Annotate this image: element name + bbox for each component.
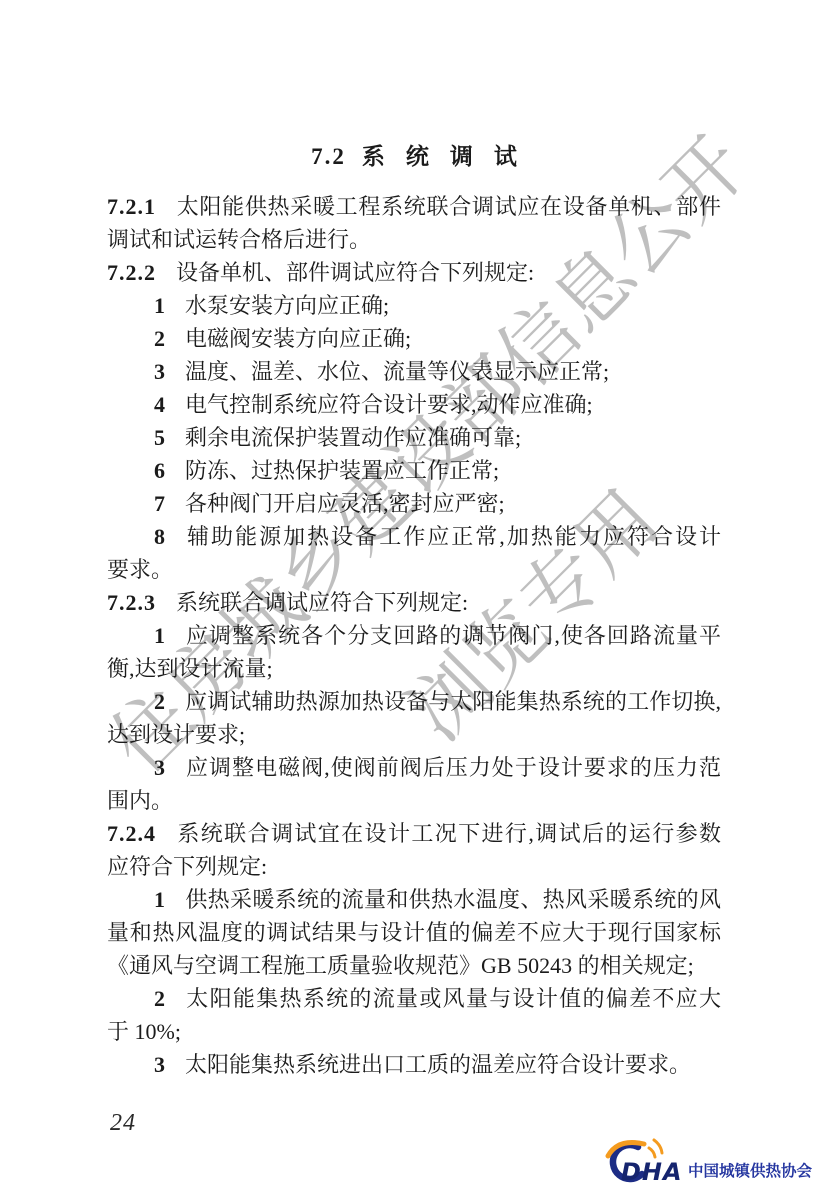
item-number: 1 [154, 623, 165, 648]
doc-line: 3太阳能集热系统进出口工质的温差应符合设计要求。 [107, 1048, 721, 1081]
doc-line: 《通风与空调工程施工质量验收规范》GB 50243 的相关规定; [107, 949, 721, 982]
text-column: 7.2系统调试 7.2.1太阳能供热采暖工程系统联合调试应在设备单机、部件 调试… [107, 142, 721, 1081]
line-text: 防冻、过热保护装置应工作正常; [185, 458, 499, 483]
doc-line: 3应调整电磁阀,使阀前阀后压力处于设计要求的压力范 [107, 751, 721, 784]
doc-line: 7.2.3系统联合调试应符合下列规定: [107, 586, 721, 619]
line-text: 各种阀门开启应灵活,密封应严密; [185, 491, 505, 516]
doc-line: 6防冻、过热保护装置应工作正常; [107, 454, 721, 487]
logo-abbr: DHA [621, 1158, 683, 1186]
item-number: 4 [154, 392, 165, 417]
item-number: 2 [154, 986, 165, 1011]
line-text: 应调整系统各个分支回路的调节阀门,使各回路流量平 [185, 623, 721, 648]
doc-line: 应符合下列规定: [107, 850, 721, 883]
item-number: 3 [154, 1052, 165, 1077]
line-text: 剩余电流保护装置动作应准确可靠; [185, 425, 521, 450]
item-number: 8 [154, 524, 165, 549]
logo-wave-icon [649, 1148, 655, 1157]
item-number: 7 [154, 491, 165, 516]
item-number: 2 [154, 326, 165, 351]
section-title: 7.2系统调试 [107, 142, 721, 172]
doc-line: 于 10%; [107, 1015, 721, 1048]
doc-line: 4电气控制系统应符合设计要求,动作应准确; [107, 388, 721, 421]
doc-line: 5剩余电流保护装置动作应准确可靠; [107, 421, 721, 454]
line-text: 水泵安装方向应正确; [185, 293, 389, 318]
section-number: 7.2 [311, 144, 346, 169]
item-number: 1 [154, 293, 165, 318]
doc-line: 量和热风温度的调试结果与设计值的偏差不应大于现行国家标准 [107, 916, 721, 949]
clause-number: 7.2.1 [107, 194, 156, 219]
doc-line: 要求。 [107, 553, 721, 586]
line-text: 太阳能集热系统的流量或风量与设计值的偏差不应大 [185, 986, 721, 1011]
line-text: 应调试辅助热源加热设备与太阳能集热系统的工作切换, [185, 689, 721, 714]
doc-line: 2应调试辅助热源加热设备与太阳能集热系统的工作切换, [107, 685, 721, 718]
clause-number: 7.2.4 [107, 821, 156, 846]
line-text: 供热采暖系统的流量和供热水温度、热风采暖系统的风 [185, 887, 721, 912]
doc-line: 围内。 [107, 784, 721, 817]
item-number: 3 [154, 359, 165, 384]
dha-logo: DHA 中国城镇供热协会 [598, 1134, 813, 1191]
doc-line: 8辅助能源加热设备工作应正常,加热能力应符合设计 [107, 520, 721, 553]
doc-line: 达到设计要求; [107, 718, 721, 751]
doc-line: 7各种阀门开启应灵活,密封应严密; [107, 487, 721, 520]
line-text: 系统联合调试应符合下列规定: [176, 590, 468, 615]
line-text: 电磁阀安装方向应正确; [185, 326, 411, 351]
line-text: 应调整电磁阀,使阀前阀后压力处于设计要求的压力范 [185, 755, 721, 780]
doc-line: 7.2.2设备单机、部件调试应符合下列规定: [107, 256, 721, 289]
doc-line: 7.2.1太阳能供热采暖工程系统联合调试应在设备单机、部件 [107, 190, 721, 223]
doc-line: 7.2.4系统联合调试宜在设计工况下进行,调试后的运行参数 [107, 817, 721, 850]
doc-line: 1应调整系统各个分支回路的调节阀门,使各回路流量平 [107, 619, 721, 652]
section-title-text: 系统调试 [362, 144, 538, 169]
logo-wave-icon [654, 1140, 662, 1153]
clause-number: 7.2.2 [107, 260, 156, 285]
page-number: 24 [110, 1110, 136, 1137]
line-text: 系统联合调试宜在设计工况下进行,调试后的运行参数 [176, 821, 721, 846]
line-text: 电气控制系统应符合设计要求,动作应准确; [185, 392, 593, 417]
doc-line: 1水泵安装方向应正确; [107, 289, 721, 322]
doc-line: 1供热采暖系统的流量和供热水温度、热风采暖系统的风 [107, 883, 721, 916]
doc-line: 衡,达到设计流量; [107, 652, 721, 685]
item-number: 6 [154, 458, 165, 483]
item-number: 5 [154, 425, 165, 450]
item-number: 3 [154, 755, 165, 780]
clause-number: 7.2.3 [107, 590, 156, 615]
item-number: 1 [154, 887, 165, 912]
doc-line: 3温度、温差、水位、流量等仪表显示应正常; [107, 355, 721, 388]
document-page: 住房城乡建设部信息公开 浏览专用 7.2系统调试 7.2.1太阳能供热采暖工程系… [0, 0, 827, 1198]
doc-line: 2太阳能集热系统的流量或风量与设计值的偏差不应大 [107, 982, 721, 1015]
line-text: 设备单机、部件调试应符合下列规定: [176, 260, 534, 285]
line-text: 温度、温差、水位、流量等仪表显示应正常; [185, 359, 609, 384]
doc-line: 2电磁阀安装方向应正确; [107, 322, 721, 355]
line-text: 辅助能源加热设备工作应正常,加热能力应符合设计 [185, 524, 721, 549]
item-number: 2 [154, 689, 165, 714]
line-text: 太阳能集热系统进出口工质的温差应符合设计要求。 [185, 1052, 691, 1077]
doc-line: 调试和试运转合格后进行。 [107, 223, 721, 256]
line-text: 太阳能供热采暖工程系统联合调试应在设备单机、部件 [176, 194, 721, 219]
logo-name: 中国城镇供热协会 [688, 1161, 813, 1180]
